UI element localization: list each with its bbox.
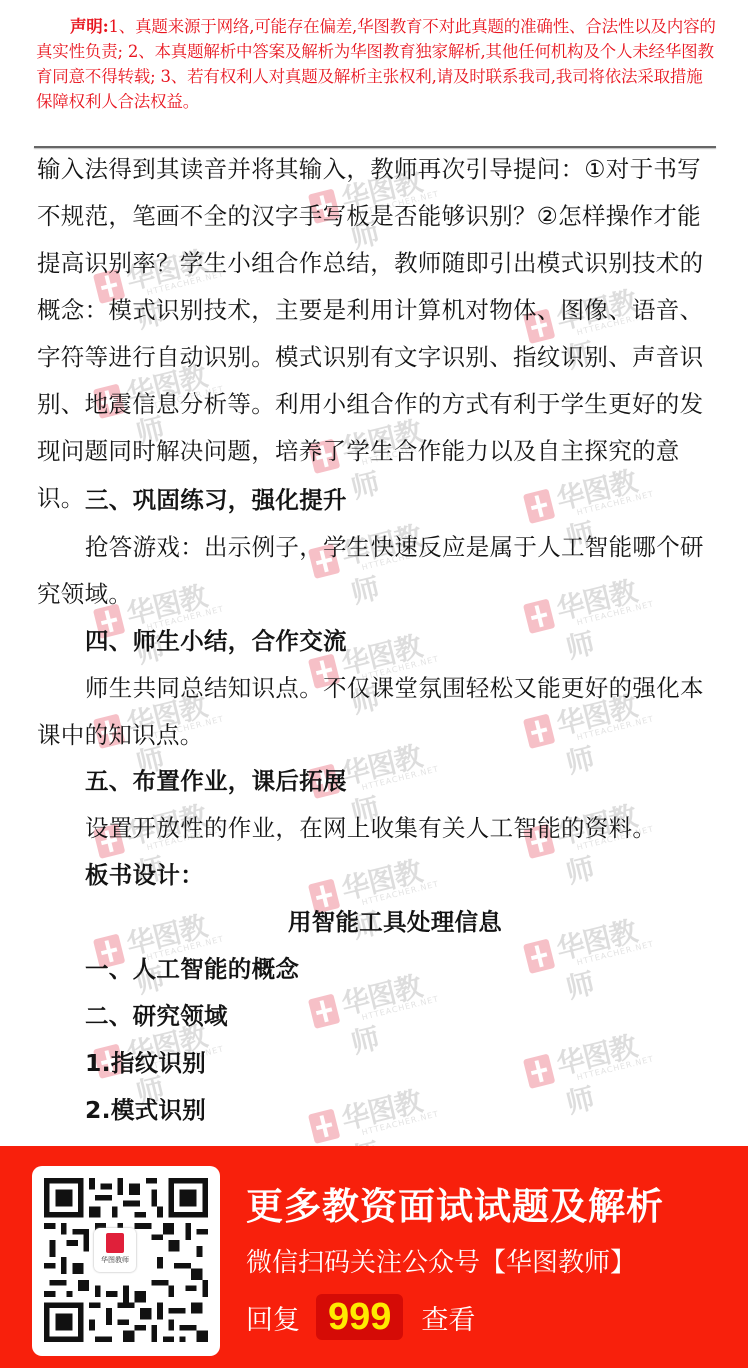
banner-subtitle: 微信扫码关注公众号【华图教师】 (246, 1242, 636, 1279)
qr-center-logo: 华图教师 (94, 1228, 136, 1272)
board-design-item: 二、研究领域 (37, 993, 713, 1040)
section-body: 师生共同总结知识点。不仅课堂氛围轻松又能更好的强化本课中的知识点。 (37, 665, 713, 759)
reply-code-badge: 999 (316, 1294, 403, 1340)
brand-logo-icon (106, 1233, 124, 1253)
board-design-title: 用智能工具处理信息 (37, 899, 713, 946)
qr-logo-name: 华图教师 (96, 1255, 134, 1265)
section-heading: 五、布置作业，课后拓展 (37, 758, 713, 805)
section-4: 四、师生小结，合作交流 师生共同总结知识点。不仅课堂氛围轻松又能更好的强化本课中… (37, 618, 713, 759)
reply-prefix: 回复 (246, 1298, 300, 1337)
intro-paragraph: 输入法得到其读音并将其输入，教师再次引导提问：①对于书写不规范，笔画不全的汉字手… (37, 146, 713, 522)
board-design-label: 板书设计： (37, 852, 713, 899)
board-design-item: 一、人工智能的概念 (37, 946, 713, 993)
document-body: 输入法得到其读音并将其输入，教师再次引导提问：①对于书写不规范，笔画不全的汉字手… (37, 146, 713, 522)
section-heading: 四、师生小结，合作交流 (37, 618, 713, 665)
reply-suffix: 查看 (421, 1298, 475, 1337)
section-body: 抢答游戏：出示例子，学生快速反应是属于人工智能哪个研究领域。 (37, 524, 713, 618)
section-5: 五、布置作业，课后拓展 设置开放性的作业，在网上收集有关人工智能的资料。 板书设… (37, 758, 713, 1134)
banner-title: 更多教资面试试题及解析 (246, 1176, 664, 1230)
promo-banner: 华图教师 更多教资面试试题及解析 微信扫码关注公众号【华图教师】 回复 999 … (0, 1146, 748, 1368)
disclaimer-label: 声明: (70, 17, 109, 36)
section-body: 设置开放性的作业，在网上收集有关人工智能的资料。 (37, 805, 713, 852)
disclaimer: 声明:1、真题来源于网络,可能存在偏差,华图教育不对此真题的准确性、合法性以及内… (36, 14, 716, 114)
section-heading: 三、巩固练习，强化提升 (37, 477, 713, 524)
banner-reply-instruction: 回复 999 查看 (246, 1294, 475, 1340)
qr-code-card[interactable]: 华图教师 (32, 1166, 220, 1356)
board-design-item: 2.模式识别 (37, 1087, 713, 1134)
board-design-item: 1.指纹识别 (37, 1040, 713, 1087)
disclaimer-text: 1、真题来源于网络,可能存在偏差,华图教育不对此真题的准确性、合法性以及内容的真… (36, 17, 716, 111)
section-3: 三、巩固练习，强化提升 抢答游戏：出示例子，学生快速反应是属于人工智能哪个研究领… (37, 477, 713, 618)
